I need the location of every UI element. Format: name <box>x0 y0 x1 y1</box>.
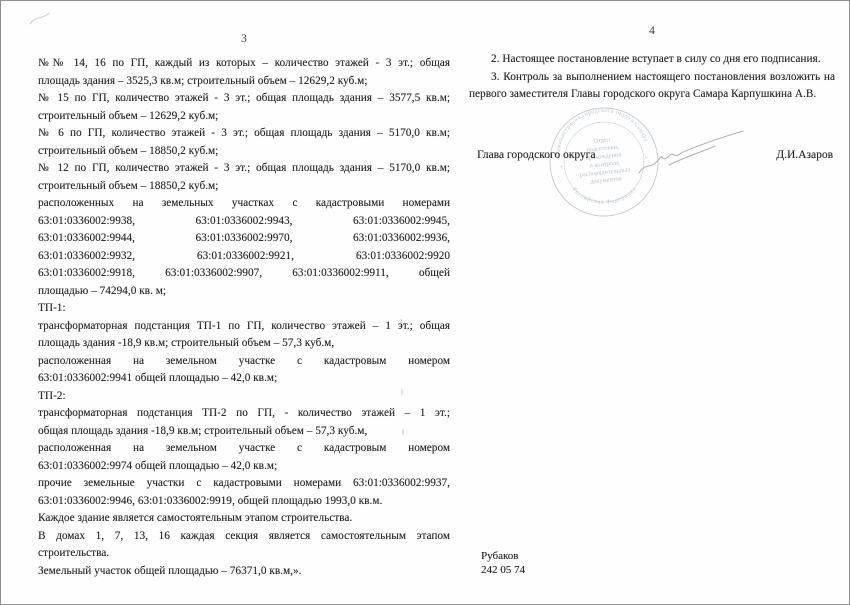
text-line: первого заместителя Главы городского окр… <box>469 86 835 104</box>
text-line: В домах 1, 7, 13, 16 каждая секция являе… <box>38 528 450 546</box>
text-line: № 15 по ГП, количество этажей - 3 эт.; о… <box>38 90 450 108</box>
text-line: 63:01:0336002:9941 общей площадью – 42,0… <box>38 370 450 388</box>
contact-name: Рубаков <box>481 550 525 564</box>
signatory-name: Д.И.Азаров <box>776 149 833 161</box>
text-line: 63:01:0336002:9918, 63:01:0336002:9907, … <box>38 265 450 283</box>
text-line: расположенная на земельном участке с кад… <box>38 353 450 371</box>
text-line: 2. Настоящее постановление вступает в си… <box>469 51 835 69</box>
page-4-number: 4 <box>469 23 835 39</box>
executor-footer: Рубаков 242 05 74 <box>481 550 525 577</box>
text-line: строительный объем – 12629,2 куб.м; <box>38 108 450 126</box>
text-line: ТП-1: <box>38 300 450 318</box>
text-line: строительный объем – 18850,2 куб.м; <box>38 143 450 161</box>
page-4-text: 2. Настоящее постановление вступает в си… <box>469 51 835 104</box>
text-line: Земельный участок общей площадью – 76371… <box>38 563 450 581</box>
text-line: расположенная на земельном участке с кад… <box>38 440 450 458</box>
text-line: 3. Контроль за выполнением настоящего по… <box>469 69 835 87</box>
page-3-number: 3 <box>38 31 450 47</box>
page-4: 4 2. Настоящее постановление вступает в … <box>469 23 835 104</box>
page-3: 3 №№ 14, 16 по ГП, каждый из которых – к… <box>38 31 450 580</box>
text-line: общая площадь здания -18,9 кв.м; строите… <box>38 423 450 441</box>
text-line: трансформаторная подстанция ТП-2 по ГП, … <box>38 405 450 423</box>
text-line: №№ 14, 16 по ГП, каждый из которых – кол… <box>38 55 450 73</box>
text-line: ТП-2: <box>38 388 450 406</box>
scanned-document: 3 №№ 14, 16 по ГП, каждый из которых – к… <box>0 0 850 605</box>
text-line: Каждое здание является самостоятельным э… <box>38 510 450 528</box>
signatory-title: Глава городского округа <box>477 149 596 161</box>
text-line: строительства. <box>38 545 450 563</box>
svg-text:Российская Федерация: Российская Федерация <box>570 180 639 209</box>
text-line: № 6 по ГП, количество этажей - 3 эт.; об… <box>38 125 450 143</box>
text-line: площадь здания -18,9 кв.м; строительный … <box>38 335 450 353</box>
text-line: площадь здания – 3525,3 кв.м; строительн… <box>38 73 450 91</box>
text-line: строительный объем – 18850,2 куб.м; <box>38 178 450 196</box>
text-line: площадью – 74294,0 кв. м; <box>38 283 450 301</box>
text-line: 63:01:0336002:9938, 63:01:0336002:9943, … <box>38 213 450 231</box>
text-line: 63:01:0336002:9974 общей площадью – 42,0… <box>38 458 450 476</box>
stamp-arc-bottom-text: Российская Федерация <box>570 180 639 209</box>
text-line: 63:01:0336002:9944, 63:01:0336002:9970, … <box>38 230 450 248</box>
text-line: 63:01:0336002:9946, 63:01:0336002:9919, … <box>38 493 450 511</box>
signature-row: Глава городского округа Д.И.Азаров <box>477 149 833 161</box>
stamp-star-left: * <box>560 165 564 171</box>
text-line: трансформаторная подстанция ТП-1 по ГП, … <box>38 318 450 336</box>
page-3-text: №№ 14, 16 по ГП, каждый из которых – кол… <box>38 55 450 580</box>
scan-artifact-mark <box>27 9 53 29</box>
text-line: № 12 по ГП, количество этажей - 3 эт.; о… <box>38 160 450 178</box>
text-line: расположенных на земельных участках с ка… <box>38 195 450 213</box>
text-line: 63:01:0336002:9932, 63:01:0336002:9921, … <box>38 248 450 266</box>
text-line: прочие земельные участки с кадастровыми … <box>38 475 450 493</box>
contact-phone: 242 05 74 <box>481 564 525 578</box>
